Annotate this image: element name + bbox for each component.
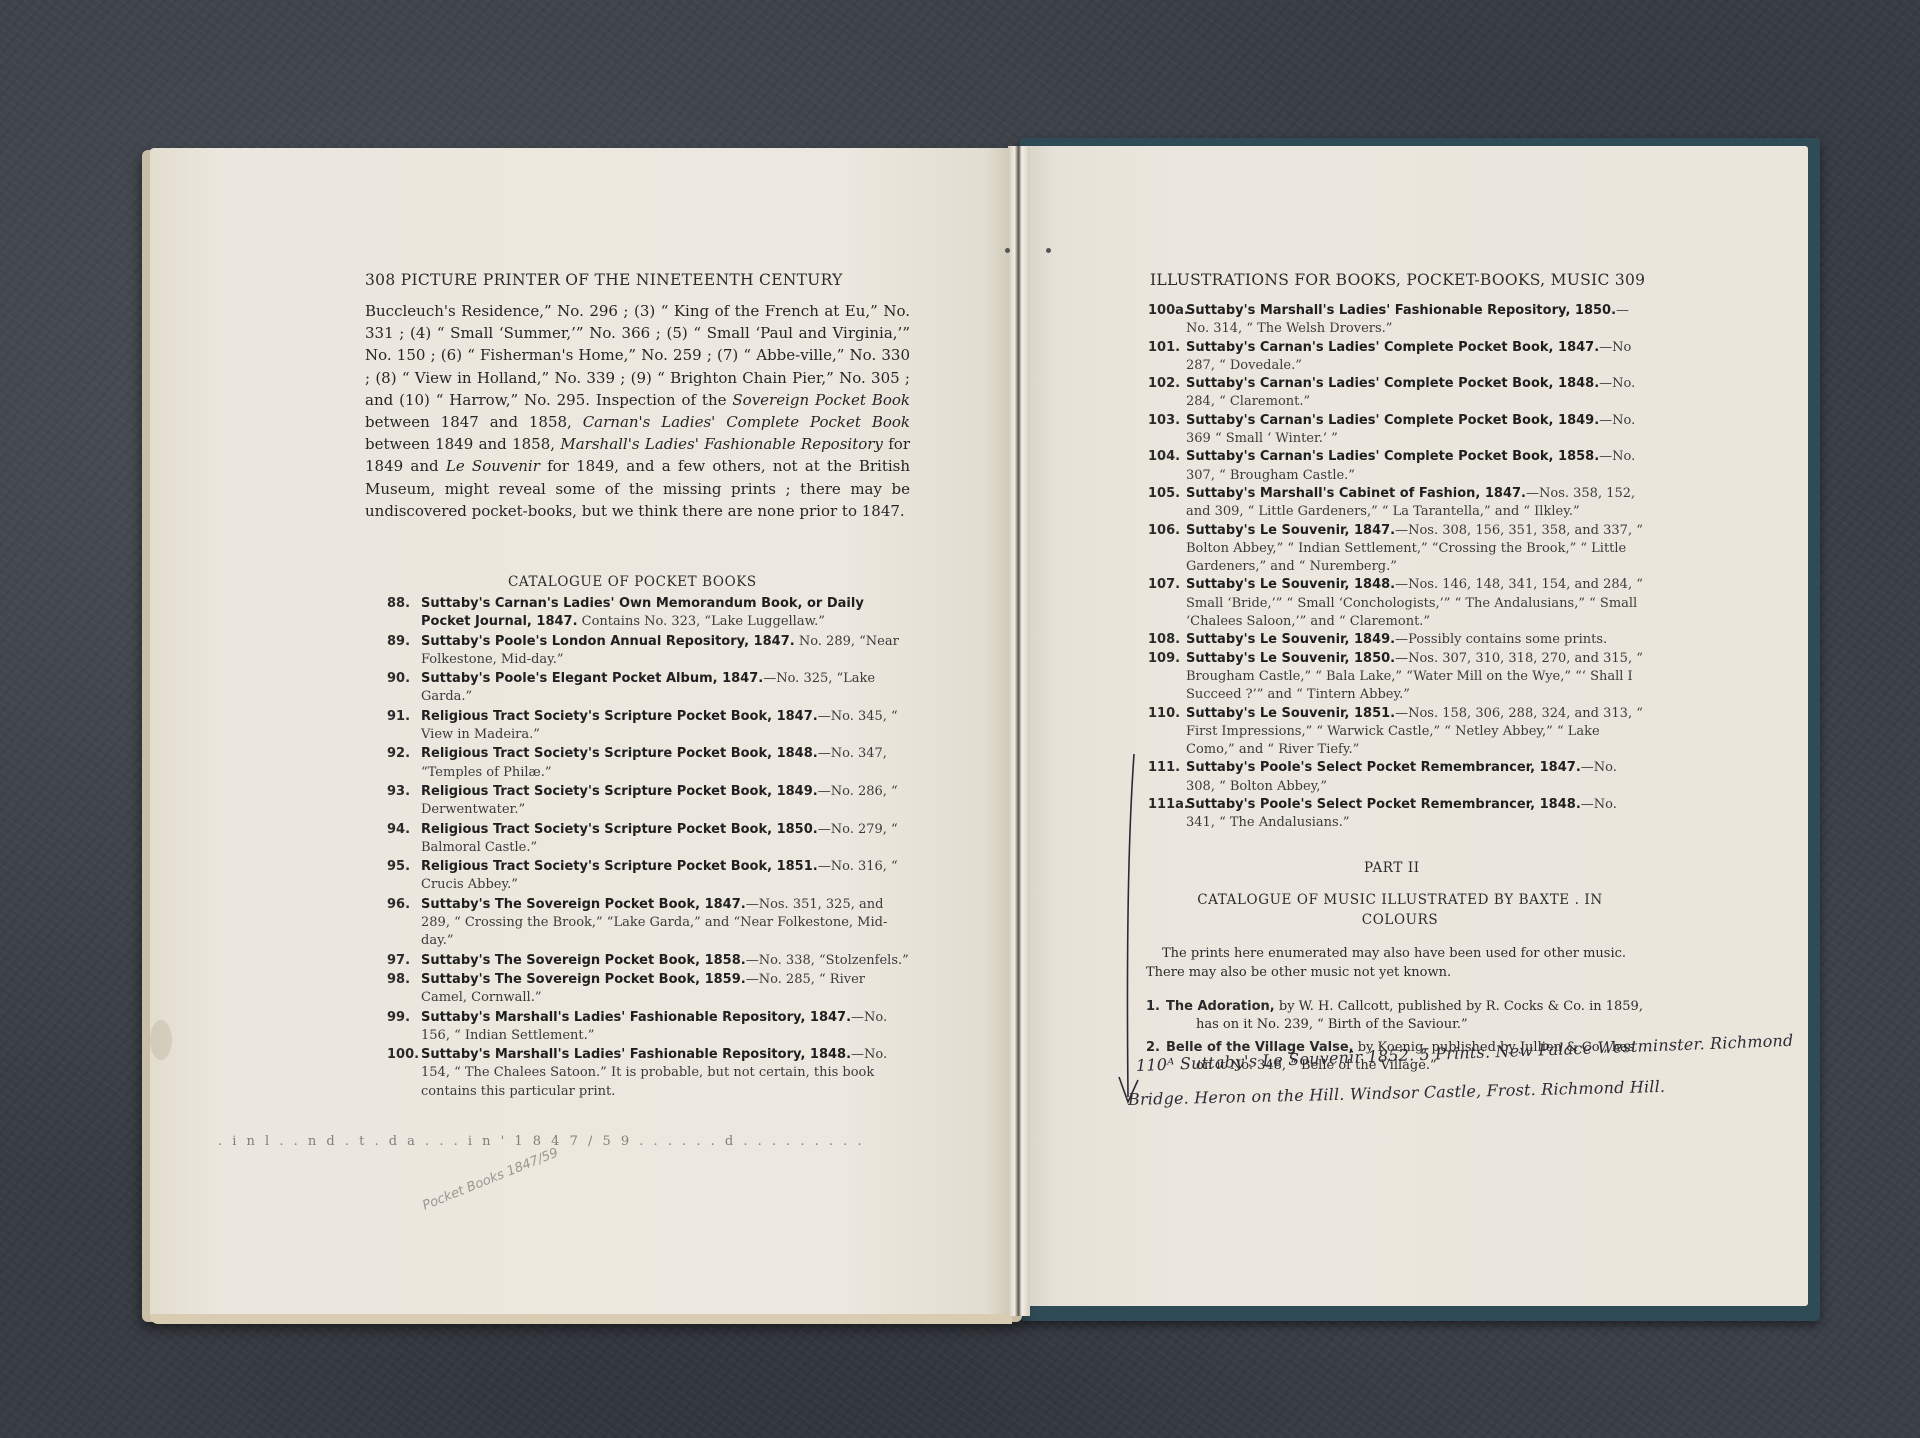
- entry-title: Suttaby's Le Souvenir, 1848.: [1186, 577, 1395, 592]
- list-item: 103.Suttaby's Carnan's Ladies' Complete …: [1148, 412, 1648, 449]
- entry-title: Suttaby's The Sovereign Pocket Book, 184…: [421, 897, 746, 912]
- entry-number: 96.: [387, 896, 410, 914]
- list-item: 89.Suttaby's Poole's London Annual Repos…: [387, 633, 915, 670]
- music-catalogue-heading-line1: CATALOGUE OF MUSIC ILLUSTRATED BY BAXTE …: [1146, 892, 1654, 908]
- entry-title: Suttaby's Le Souvenir, 1849.: [1186, 632, 1395, 647]
- show-through-text: . i n l . . n d . t . d a . . . i n ' 1 …: [218, 1134, 865, 1149]
- entry-number: 101.: [1148, 339, 1180, 357]
- entry-number: 91.: [387, 708, 410, 726]
- list-item: 94.Religious Tract Society's Scripture P…: [387, 821, 915, 858]
- list-item: 92.Religious Tract Society's Scripture P…: [387, 745, 915, 782]
- paper-speck: [1046, 248, 1051, 253]
- italic-title: Sovereign Pocket Book: [732, 391, 910, 409]
- entry-title: Suttaby's Marshall's Ladies' Fashionable…: [421, 1047, 851, 1062]
- list-item: 107.Suttaby's Le Souvenir, 1848.—Nos. 14…: [1148, 576, 1648, 631]
- entry-description: Contains No. 323, “Lake Luggellaw.”: [578, 614, 825, 629]
- list-item: 99.Suttaby's Marshall's Ladies' Fashiona…: [387, 1009, 915, 1046]
- entry-title: Suttaby's Poole's Elegant Pocket Album, …: [421, 671, 763, 686]
- entry-title: Religious Tract Society's Scripture Pock…: [421, 746, 818, 761]
- entry-number: 100.: [387, 1046, 419, 1064]
- entry-number: 103.: [1148, 412, 1180, 430]
- pocket-book-catalogue-list: 88.Suttaby's Carnan's Ladies' Own Memora…: [387, 595, 915, 1102]
- entry-number: 109.: [1148, 650, 1180, 668]
- entry-title: Suttaby's Le Souvenir, 1847.: [1186, 523, 1395, 538]
- entry-title: Suttaby's The Sovereign Pocket Book, 185…: [421, 972, 746, 987]
- list-item: 111a.Suttaby's Poole's Select Pocket Rem…: [1148, 796, 1648, 833]
- entry-title: Religious Tract Society's Scripture Pock…: [421, 859, 818, 874]
- entry-number: 90.: [387, 670, 410, 688]
- entry-title: Suttaby's Poole's Select Pocket Remembra…: [1186, 797, 1581, 812]
- list-item: 110.Suttaby's Le Souvenir, 1851.—Nos. 15…: [1148, 705, 1648, 760]
- entry-title: Suttaby's The Sovereign Pocket Book, 185…: [421, 953, 746, 968]
- list-item: 100.Suttaby's Marshall's Ladies' Fashion…: [387, 1046, 915, 1101]
- entry-number: 104.: [1148, 448, 1180, 466]
- entry-title: Suttaby's Marshall's Ladies' Fashionable…: [421, 1010, 851, 1025]
- book-gutter: [1008, 146, 1030, 1316]
- entry-number: 105.: [1148, 485, 1180, 503]
- entry-number: 93.: [387, 783, 410, 801]
- list-item: 104.Suttaby's Carnan's Ladies' Complete …: [1148, 448, 1648, 485]
- list-item: 93.Religious Tract Society's Scripture P…: [387, 783, 915, 820]
- entry-title: Religious Tract Society's Scripture Pock…: [421, 822, 818, 837]
- part-heading: PART II: [1364, 860, 1420, 876]
- entry-number: 99.: [387, 1009, 410, 1027]
- entry-number: 102.: [1148, 375, 1180, 393]
- entry-title: Suttaby's Marshall's Cabinet of Fashion,…: [1186, 486, 1526, 501]
- entry-number: 108.: [1148, 631, 1180, 649]
- list-item: 100a.Suttaby's Marshall's Ladies' Fashio…: [1148, 302, 1648, 339]
- entry-title: The Adoration,: [1166, 999, 1275, 1014]
- pocket-book-catalogue-list-continued: 100a.Suttaby's Marshall's Ladies' Fashio…: [1148, 302, 1648, 833]
- entry-number: 94.: [387, 821, 410, 839]
- entry-title: Suttaby's Le Souvenir, 1851.: [1186, 706, 1395, 721]
- list-item: 101.Suttaby's Carnan's Ladies' Complete …: [1148, 339, 1648, 376]
- entry-title: Suttaby's Marshall's Ladies' Fashionable…: [1186, 303, 1616, 318]
- italic-title: Marshall's Ladies' Fashionable Repositor…: [560, 435, 883, 453]
- entry-number: 100a.: [1148, 302, 1189, 320]
- list-item: 96.Suttaby's The Sovereign Pocket Book, …: [387, 896, 915, 951]
- entry-number: 97.: [387, 952, 410, 970]
- entry-number: 107.: [1148, 576, 1180, 594]
- entry-title: Religious Tract Society's Scripture Pock…: [421, 784, 818, 799]
- music-intro-paragraph: The prints here enumerated may also have…: [1146, 944, 1654, 982]
- entry-title: Suttaby's Poole's Select Pocket Remembra…: [1186, 760, 1581, 775]
- entry-title: Suttaby's Carnan's Ladies' Complete Pock…: [1186, 449, 1599, 464]
- music-catalogue-heading-line2: COLOURS: [1146, 912, 1654, 928]
- entry-title: Religious Tract Society's Scripture Pock…: [421, 709, 818, 724]
- entry-number: 88.: [387, 595, 410, 613]
- list-item: 95.Religious Tract Society's Scripture P…: [387, 858, 915, 895]
- running-head-right: ILLUSTRATIONS FOR BOOKS, POCKET-BOOKS, M…: [1150, 271, 1645, 289]
- list-item: 106.Suttaby's Le Souvenir, 1847.—Nos. 30…: [1148, 522, 1648, 577]
- list-item: 109.Suttaby's Le Souvenir, 1850.—Nos. 30…: [1148, 650, 1648, 705]
- entry-title: Suttaby's Poole's London Annual Reposito…: [421, 634, 795, 649]
- list-item: 1.The Adoration, by W. H. Callcott, publ…: [1146, 998, 1646, 1035]
- list-item: 88.Suttaby's Carnan's Ladies' Own Memora…: [387, 595, 915, 632]
- entry-number: 111.: [1148, 759, 1180, 777]
- entry-number: 89.: [387, 633, 410, 651]
- list-item: 97.Suttaby's The Sovereign Pocket Book, …: [387, 952, 915, 970]
- entry-number: 95.: [387, 858, 410, 876]
- list-item: 91.Religious Tract Society's Scripture P…: [387, 708, 915, 745]
- entry-number: 110.: [1148, 705, 1180, 723]
- entry-description: —Possibly contains some prints.: [1395, 632, 1607, 647]
- prose-text: between 1849 and 1858,: [365, 435, 560, 453]
- entry-number: 98.: [387, 971, 410, 989]
- entry-number: 106.: [1148, 522, 1180, 540]
- italic-title: Carnan's Ladies' Complete Pocket Book: [583, 413, 910, 431]
- italic-title: Le Souvenir: [446, 457, 540, 475]
- entry-number: 1.: [1146, 999, 1160, 1014]
- section-title-pocket-books: CATALOGUE OF POCKET BOOKS: [508, 574, 757, 590]
- running-head-left: 308 PICTURE PRINTER OF THE NINETEENTH CE…: [365, 271, 843, 289]
- entry-number: 2.: [1146, 1040, 1160, 1055]
- entry-title: Suttaby's Le Souvenir, 1850.: [1186, 651, 1395, 666]
- entry-title: Suttaby's Carnan's Ladies' Complete Pock…: [1186, 376, 1599, 391]
- list-item: 108.Suttaby's Le Souvenir, 1849.—Possibl…: [1148, 631, 1648, 649]
- prose-text: between 1847 and 1858,: [365, 413, 583, 431]
- entry-number: 92.: [387, 745, 410, 763]
- list-item: 105.Suttaby's Marshall's Cabinet of Fash…: [1148, 485, 1648, 522]
- entry-description: —No. 338, “Stolzenfels.”: [746, 953, 909, 968]
- entry-title: Suttaby's Carnan's Ladies' Complete Pock…: [1186, 413, 1599, 428]
- entry-number: 111a.: [1148, 796, 1189, 814]
- body-paragraph: Buccleuch's Residence,” No. 296 ; (3) “ …: [365, 300, 910, 522]
- list-item: 90.Suttaby's Poole's Elegant Pocket Albu…: [387, 670, 915, 707]
- list-item: 111.Suttaby's Poole's Select Pocket Reme…: [1148, 759, 1648, 796]
- paper-speck: [1005, 248, 1010, 253]
- list-item: 102.Suttaby's Carnan's Ladies' Complete …: [1148, 375, 1648, 412]
- list-item: 98.Suttaby's The Sovereign Pocket Book, …: [387, 971, 915, 1008]
- paper-stain: [150, 1020, 172, 1060]
- entry-title: Suttaby's Carnan's Ladies' Complete Pock…: [1186, 340, 1599, 355]
